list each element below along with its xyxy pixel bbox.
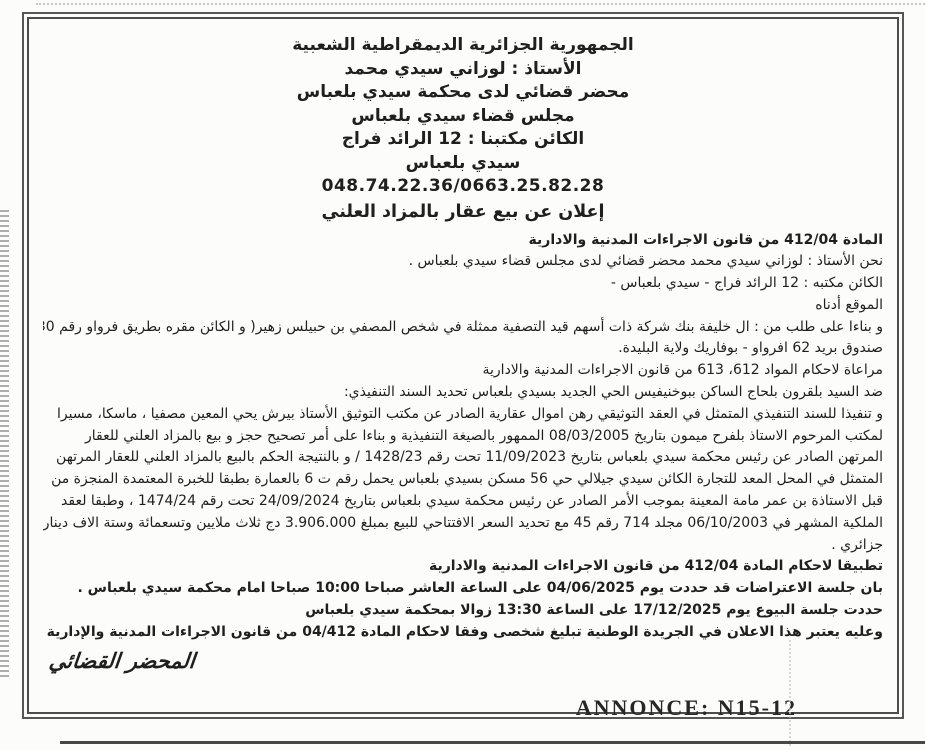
header-line-city: سيدي بلعباس [43, 152, 883, 176]
body-line: لمكتب المرحوم الاستاذ بلفرح ميمون بتاريخ… [43, 426, 883, 448]
document-header: الجمهورية الجزائرية الديمقراطية الشعبية … [43, 34, 883, 199]
header-line-republic: الجمهورية الجزائرية الديمقراطية الشعبية [43, 34, 883, 58]
body-line: حددت جلسة البيوع يوم 17/12/2025 على السا… [43, 600, 883, 622]
body-line: وعليه يعتبر هذا الاعلان في الجريدة الوطن… [43, 622, 883, 644]
body-line: المادة 412/04 من قانون الاجراءات المدنية… [43, 230, 883, 252]
scanned-document-page: الجمهورية الجزائرية الديمقراطية الشعبية … [0, 0, 925, 750]
header-phone-numbers: 048.74.22.36/0663.25.82.28 [43, 175, 883, 199]
header-line-attorney: الأستاذ : لوزاني سيدي محمد [43, 58, 883, 82]
body-line: الكائن مكتبه : 12 الرائد فراج - سيدي بلع… [43, 273, 883, 295]
body-line: و بناءا على طلب من : ال خليفة بنك شركة ذ… [43, 317, 883, 339]
bailiff-signature: المحضر القضائي [48, 649, 883, 673]
scan-artifact-fold-line [789, 640, 791, 746]
scan-artifact-top-dotted-line [36, 3, 925, 5]
body-line: قبل الاستاذة بن عمر مامة المعينة بموجب ا… [43, 491, 883, 513]
body-line: بان جلسة الاعتراضات قد حددت يوم 04/06/20… [43, 578, 883, 600]
scan-artifact-bottom-rule [60, 741, 925, 744]
header-line-office-address: الكائن مكتبنا : 12 الرائد فراج [43, 128, 883, 152]
page-title: إعلان عن بيع عقار بالمزاد العلني [43, 200, 883, 224]
body-line: مراعاة لاحكام المواد 612، 613 من قانون ا… [43, 360, 883, 382]
body-line: صندوق بريد 62 افرواو - بوفاريك ولاية الب… [43, 338, 883, 360]
annonce-reference: ANNONCE: N15-12 [576, 695, 797, 721]
header-line-council: مجلس قضاء سيدي بلعباس [43, 105, 883, 129]
document-body: المادة 412/04 من قانون الاجراءات المدنية… [43, 230, 883, 644]
body-line: الموقع أدناه [43, 295, 883, 317]
body-line: ضد السيد بلقرون بلحاج الساكن ببوخنيفيس ا… [43, 382, 883, 404]
body-line: و تنفيذا للسند التنفيذي المتمثل في العقد… [43, 404, 883, 426]
document-border-frame: الجمهورية الجزائرية الديمقراطية الشعبية … [27, 17, 899, 714]
header-line-bailiff: محضر قضائي لدى محكمة سيدي بلعباس [43, 81, 883, 105]
body-line: جزائري . [43, 535, 883, 557]
body-line: تطبيقا لاحكام المادة 412/04 من قانون الا… [43, 556, 883, 578]
body-line: المرتهن الصادر عن رئيس محكمة سيدي بلعباس… [43, 447, 883, 469]
body-line: المتمثل في المحل المعد للتجارة الكائن سي… [43, 469, 883, 491]
body-line: نحن الأستاذ : لوزاني سيدي محمد محضر قضائ… [43, 251, 883, 273]
scan-artifact-left-noise-strip [0, 210, 9, 678]
body-line: الملكية المشهر في 06/10/2003 مجلد 714 رق… [43, 513, 883, 535]
